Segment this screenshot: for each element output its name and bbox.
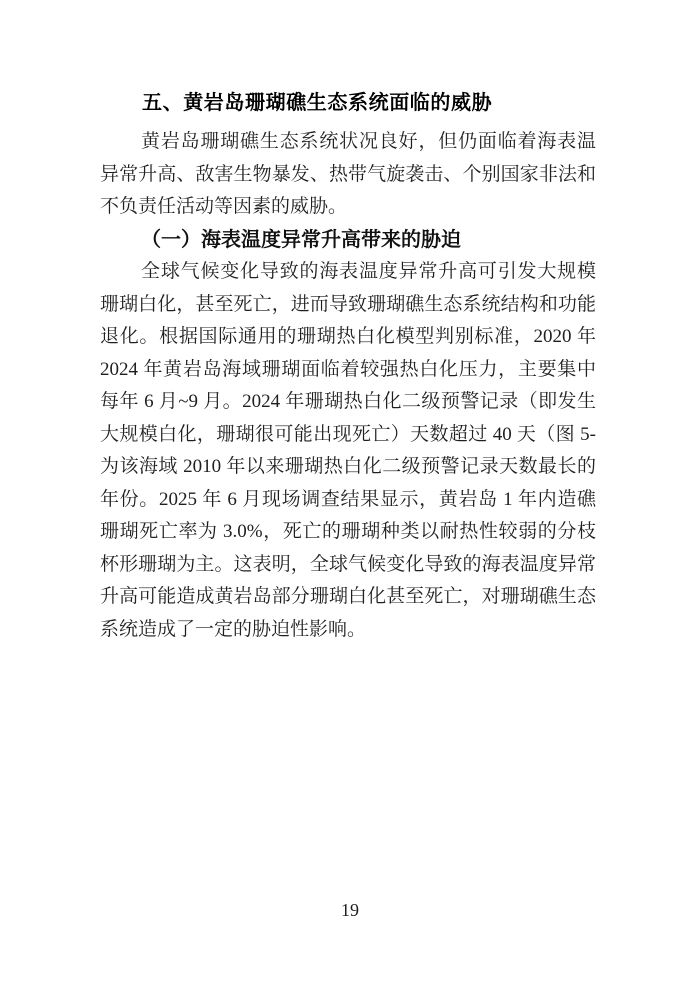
text-line: 系统造成了一定的胁迫性影响。 [100,614,596,647]
text-line: 不负责任活动等因素的威胁。 [100,191,596,224]
text-line: 大规模白化，珊瑚很可能出现死亡）天数超过 40 天（图 5-1）， [100,419,596,452]
page-number: 19 [0,898,700,922]
text-line: 黄岩岛珊瑚礁生态系统状况良好，但仍面临着海表温度 [100,126,596,159]
text-line: 杯形珊瑚为主。这表明，全球气候变化导致的海表温度异常 [100,549,596,582]
text-line: 全球气候变化导致的海表温度异常升高可引发大规模 [100,256,596,289]
text-line: 珊瑚死亡率为 3.0%，死亡的珊瑚种类以耐热性较弱的分枝状 [100,516,596,549]
text-line: 2024 年黄岩岛海域珊瑚面临着较强热白化压力，主要集中在 [100,354,596,387]
text-line: 珊瑚白化，甚至死亡，进而导致珊瑚礁生态系统结构和功能 [100,289,596,322]
document-page: 五、黄岩岛珊瑚礁生态系统面临的威胁 黄岩岛珊瑚礁生态系统状况良好，但仍面临着海表… [0,0,700,989]
body-text: 黄岩岛珊瑚礁生态系统状况良好，但仍面临着海表温度异常升高、敌害生物暴发、热带气旋… [100,126,596,646]
text-line: 年份。2025 年 6 月现场调查结果显示，黄岩岛 1 年内造礁石 [100,484,596,517]
text-line: 异常升高、敌害生物暴发、热带气旋袭击、个别国家非法和 [100,159,596,192]
section-heading: 五、黄岩岛珊瑚礁生态系统面临的威胁 [142,90,492,116]
subsection-heading: （一）海表温度异常升高带来的胁迫 [100,224,596,257]
text-line: 退化。根据国际通用的珊瑚热白化模型判别标准，2020 年至 [100,321,596,354]
text-line: 每年 6 月~9 月。2024 年珊瑚热白化二级预警记录（即发生 [100,386,596,419]
text-line: 升高可能造成黄岩岛部分珊瑚白化甚至死亡，对珊瑚礁生态 [100,581,596,614]
text-line: 为该海域 2010 年以来珊瑚热白化二级预警记录天数最长的 [100,451,596,484]
